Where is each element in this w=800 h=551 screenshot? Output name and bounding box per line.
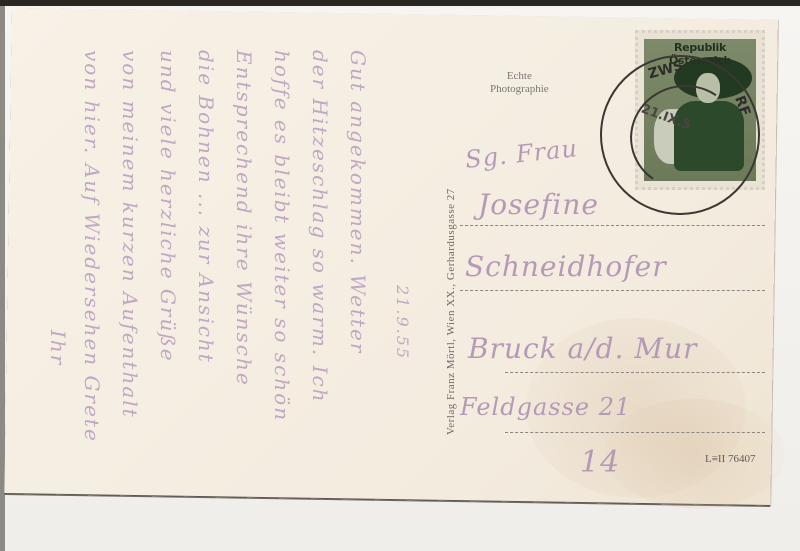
message-line: Gut angekommen. Wetter xyxy=(346,50,370,354)
publisher-imprint: Verlag Franz Mörtl, Wien XX., Gerhardusg… xyxy=(445,188,457,435)
message-line: und viele herzliche Grüße xyxy=(156,50,180,363)
message-line: hoffe es bleibt weiter so schön xyxy=(270,50,294,422)
message-line: von hier. Auf Wiedersehen Grete xyxy=(80,50,104,443)
message-date: 21.9.55 xyxy=(393,285,412,360)
message-line: von meinem kurzen Aufenthalt xyxy=(118,50,142,419)
address-line-2: Josefine xyxy=(478,188,599,221)
address-rule xyxy=(460,225,765,226)
address-rule xyxy=(505,432,765,433)
message-line: der Hitzeschlag so warm. Ich xyxy=(308,50,332,404)
address-line-3: Schneidhofer xyxy=(465,250,667,283)
address-line-4: Bruck a/d. Mur xyxy=(468,332,697,365)
address-note: 14 xyxy=(580,445,620,480)
address-rule xyxy=(460,290,765,291)
message-line: Ihr xyxy=(46,330,70,366)
address-line-5: Feldgasse 21 xyxy=(460,393,631,421)
photo-label-line2: Photographie xyxy=(490,83,549,96)
photo-label-line1: Echte xyxy=(490,70,549,83)
message-line: Entsprechend ihre Wünsche xyxy=(232,50,256,387)
catalog-number: L≡II 76407 xyxy=(705,453,756,465)
address-rule xyxy=(505,372,765,373)
photo-label: Echte Photographie xyxy=(490,70,549,96)
message-line: die Bohnen ... zur Ansicht xyxy=(194,50,218,364)
